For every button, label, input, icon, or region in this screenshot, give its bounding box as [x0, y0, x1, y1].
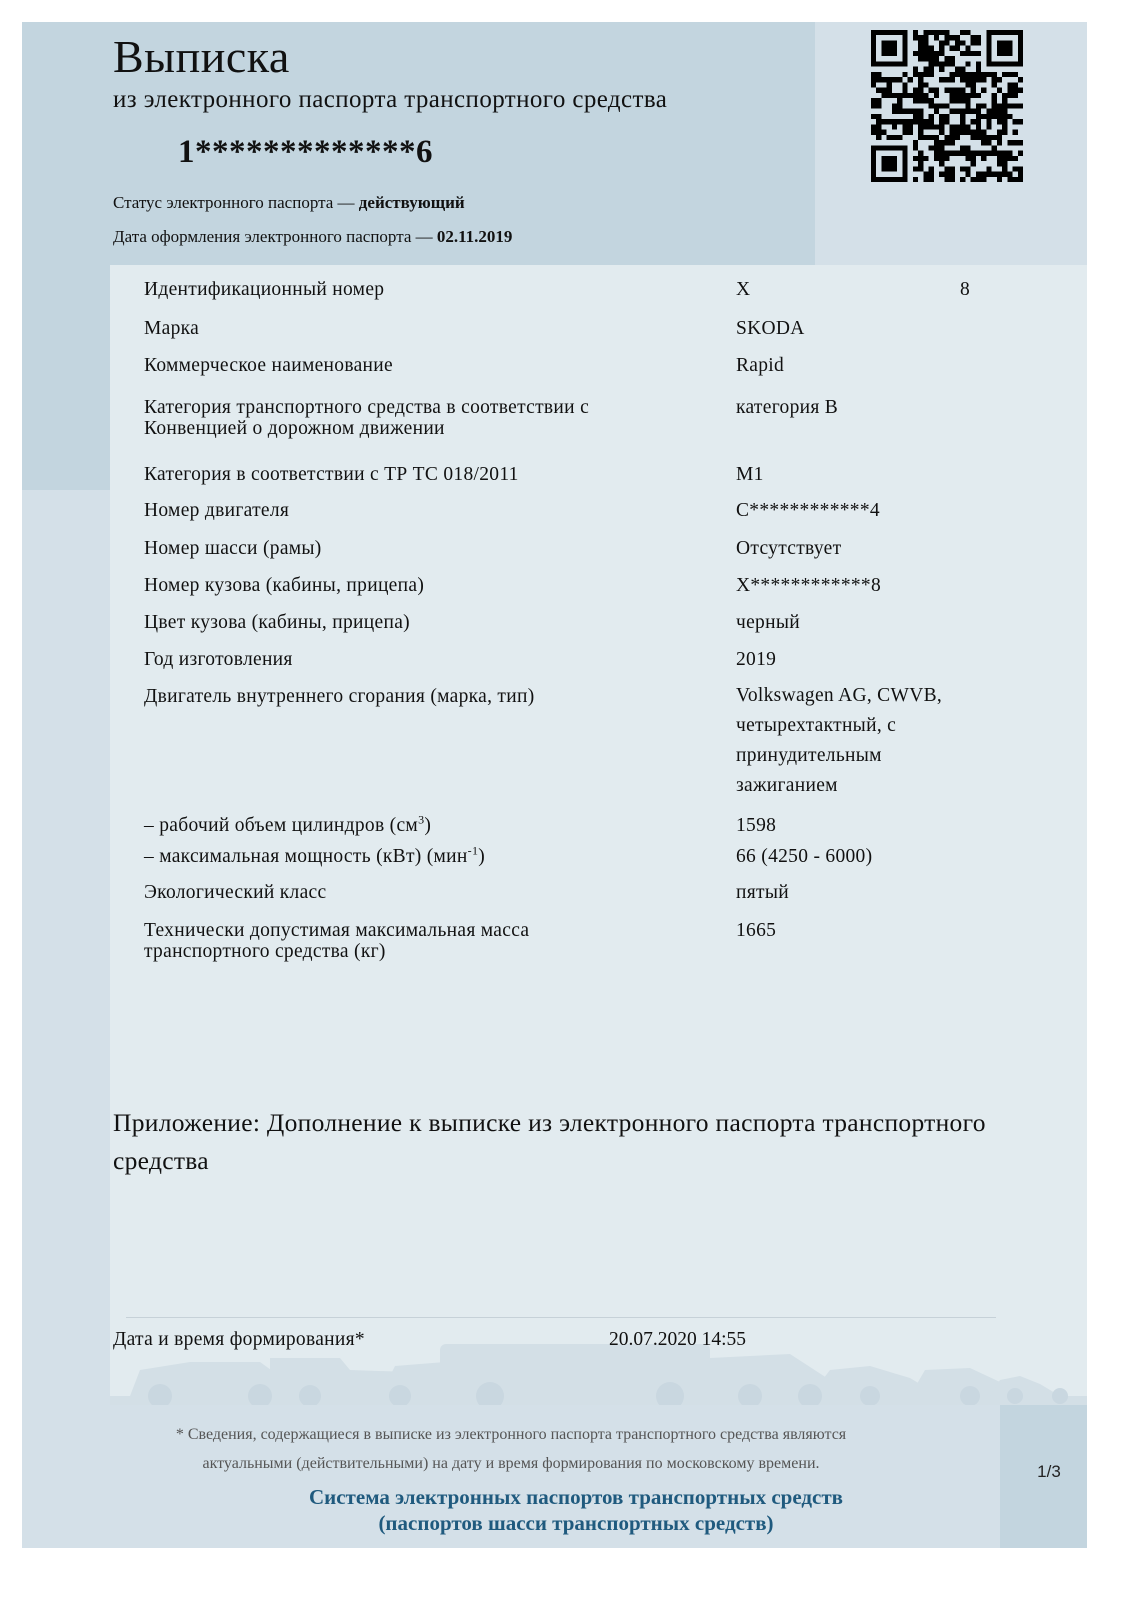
row-value: пятый — [736, 882, 1016, 903]
row-value: категория B — [736, 397, 1016, 418]
row-label-text: Идентификационный номер — [144, 279, 384, 300]
status-value: действующий — [359, 193, 465, 212]
row-value: X************8 — [736, 575, 1016, 596]
row-label: Год изготовления — [144, 649, 594, 670]
footnote: * Сведения, содержащиеся в выписке из эл… — [22, 1420, 1000, 1478]
row-value: C************4 — [736, 500, 1016, 521]
row-label: Технически допустимая максимальная масса… — [144, 920, 594, 962]
left-strip-lower — [22, 490, 110, 1405]
row-label-text: Год изготовления — [144, 649, 293, 670]
row-value: M1 — [736, 464, 1016, 485]
row-label: Номер шасси (рамы) — [144, 538, 594, 559]
issue-date-label: Дата оформления электронного паспорта — — [113, 227, 437, 246]
system-title-line-2: (паспортов шасси транспортных средств) — [22, 1510, 1130, 1536]
passport-number: 1*************6 — [178, 134, 433, 171]
row-label: Категория в соответствии с ТР ТС 018/201… — [144, 464, 594, 485]
passport-status: Статус электронного паспорта — действующ… — [113, 193, 465, 213]
row-label: Цвет кузова (кабины, прицепа) — [144, 612, 594, 633]
row-value: SKODA — [736, 318, 1016, 339]
generation-datetime-label: Дата и время формирования* — [113, 1329, 365, 1351]
row-value: 2019 — [736, 649, 1016, 670]
passport-issue-date: Дата оформления электронного паспорта — … — [113, 227, 512, 247]
footnote-line-2: актуальными (действительными) на дату и … — [22, 1449, 1000, 1478]
left-strip — [22, 265, 110, 490]
row-label-end: ) — [424, 815, 431, 836]
row-value: Отсутствует — [736, 538, 1016, 559]
row-label-text: – максимальная мощность (кВт) (мин — [144, 846, 468, 867]
row-value: 1665 — [736, 920, 1016, 941]
document-title: Выписка — [113, 30, 290, 83]
row-label: Двигатель внутреннего сгорания (марка, т… — [144, 686, 594, 707]
system-title-line-1: Система электронных паспортов транспортн… — [22, 1484, 1130, 1510]
divider — [126, 1317, 996, 1318]
row-value: X — [736, 279, 1016, 300]
row-value: черный — [736, 612, 1016, 633]
footnote-line-1: * Сведения, содержащиеся в выписке из эл… — [22, 1420, 1000, 1449]
generation-datetime-value: 20.07.2020 14:55 — [609, 1329, 746, 1351]
row-value: 66 (4250 - 6000) — [736, 846, 1016, 867]
row-label-text: Категория в соответствии с ТР ТС 018/201… — [144, 464, 519, 485]
row-label: Номер кузова (кабины, прицепа) — [144, 575, 594, 596]
row-value-end: 8 — [960, 279, 970, 301]
row-label-text: Номер кузова (кабины, прицепа) — [144, 575, 424, 596]
row-label-text: Коммерческое наименование — [144, 355, 393, 376]
row-label-text: Номер шасси (рамы) — [144, 538, 322, 559]
row-label-end: ) — [478, 846, 485, 867]
row-label-text: Категория транспортного средства в соотв… — [144, 397, 589, 439]
row-label: Категория транспортного средства в соотв… — [144, 397, 594, 439]
issue-date-value: 02.11.2019 — [437, 227, 513, 246]
appendix-title: Приложение: Дополнение к выписке из элек… — [113, 1104, 1013, 1180]
system-title: Система электронных паспортов транспортн… — [22, 1484, 1130, 1536]
row-label-text: Технически допустимая максимальная масса… — [144, 920, 529, 962]
row-value: 1598 — [736, 815, 1016, 836]
document-subtitle: из электронного паспорта транспортного с… — [113, 86, 667, 114]
row-label: Номер двигателя — [144, 500, 594, 521]
row-label-text: Марка — [144, 318, 199, 339]
row-value: Rapid — [736, 355, 1016, 376]
page-number: 1/3 — [1000, 1462, 1098, 1482]
row-label: – максимальная мощность (кВт) (мин-1) — [144, 846, 594, 867]
qr-code-icon — [871, 30, 1023, 182]
row-label: Экологический класс — [144, 882, 594, 903]
row-label-superscript: -1 — [468, 844, 479, 858]
row-label-text: Номер двигателя — [144, 500, 289, 521]
row-label-text: Цвет кузова (кабины, прицепа) — [144, 612, 410, 633]
row-label: Идентификационный номер — [144, 279, 594, 300]
row-value: Volkswagen AG, CWVB, четырехтактный, с п… — [736, 681, 976, 801]
row-label-text: Экологический класс — [144, 882, 326, 903]
row-label: Коммерческое наименование — [144, 355, 594, 376]
status-label: Статус электронного паспорта — — [113, 193, 359, 212]
row-label: – рабочий объем цилиндров (см3) — [144, 815, 594, 836]
row-label-text: – рабочий объем цилиндров (см — [144, 815, 418, 836]
row-label: Марка — [144, 318, 594, 339]
row-label-text: Двигатель внутреннего сгорания (марка, т… — [144, 686, 535, 707]
